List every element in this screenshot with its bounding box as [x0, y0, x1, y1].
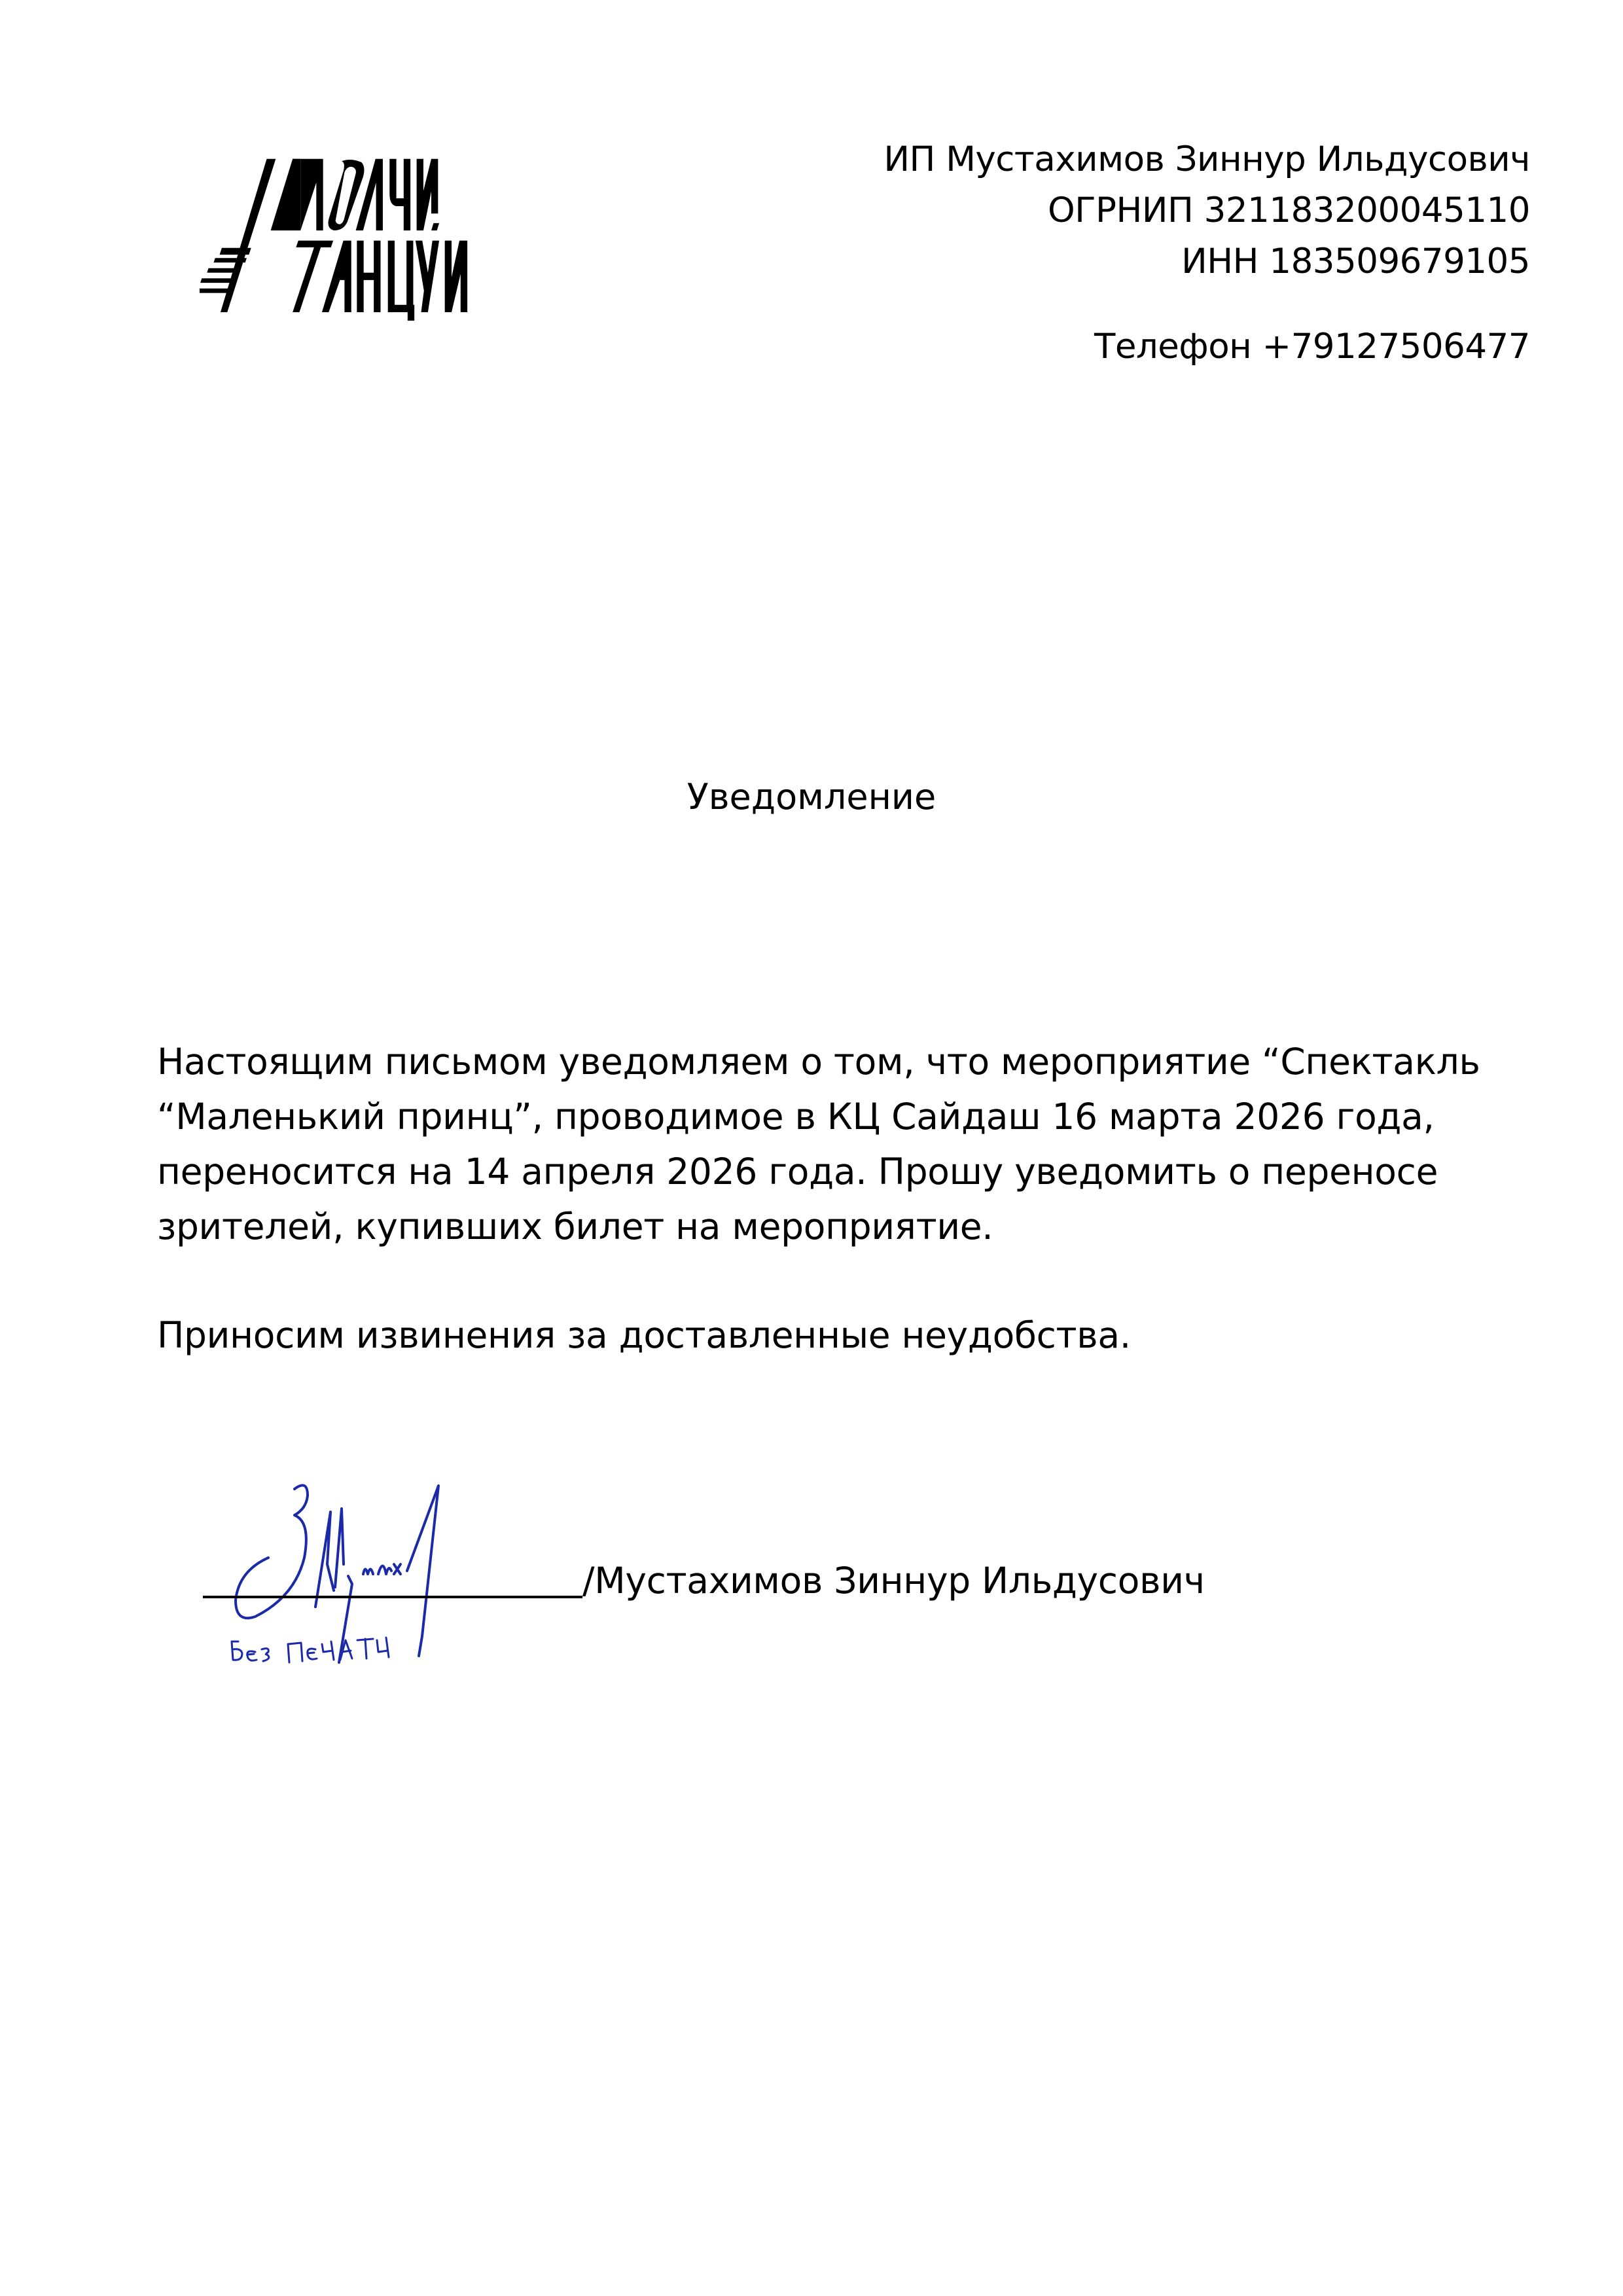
ogrnip: ОГРНИП 321183200045110	[883, 185, 1530, 236]
document-title: Уведомление	[0, 771, 1623, 823]
apology-line: Приносим извинения за доставленные неудо…	[157, 1308, 1131, 1363]
paragraph-line: “Маленький принц”, проводимое в КЦ Сайда…	[157, 1089, 1531, 1144]
phone: Телефон +79127506477	[883, 321, 1530, 372]
paragraph-line: переносится на 14 апреля 2026 года. Прош…	[157, 1144, 1531, 1199]
inn: ИНН 183509679105	[883, 236, 1530, 287]
paragraph-line: Настоящим письмом уведомляем о том, что …	[157, 1034, 1531, 1089]
company-requisites: ИП Мустахимов Зиннур Ильдусович ОГРНИП 3…	[883, 134, 1530, 372]
logo-graphic	[200, 137, 501, 340]
notification-paragraph: Настоящим письмом уведомляем о том, что …	[157, 1034, 1531, 1254]
company-name: ИП Мустахимов Зиннур Ильдусович	[883, 134, 1530, 185]
signature-block: /Мустахимов Зиннур Ильдусович	[203, 1558, 1250, 1636]
signature-line	[203, 1596, 582, 1598]
paragraph-line: зрителей, купивших билет на мероприятие.	[157, 1199, 1531, 1254]
theatre-logo	[200, 137, 501, 340]
document-page: ИП Мустахимов Зиннур Ильдусович ОГРНИП 3…	[0, 0, 1623, 2296]
signer-name: /Мустахимов Зиннур Ильдусович	[582, 1558, 1205, 1604]
handwritten-note-no-stamp: без печати	[229, 1630, 438, 1669]
